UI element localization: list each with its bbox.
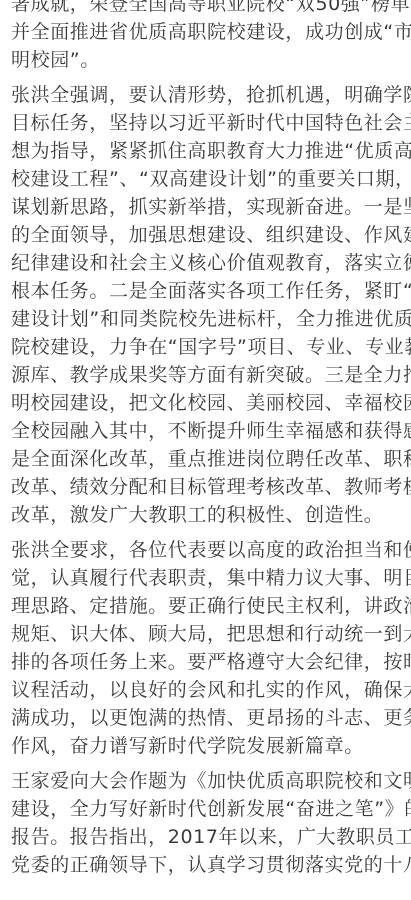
text-line: 报告。报告指出，2017年以来，广大教职员工在学院 — [11, 823, 405, 851]
paragraph-zhang-emphasis: 张洪全强调，要认清形势，抢抓机遇，明确学院发展 目标任务，坚持以习近平新时代中国… — [11, 81, 405, 529]
text-line: 觉，认真履行代表职责，集中精力议大事、明目标、 — [11, 564, 405, 592]
paragraph-wang-report: 王家爱向大会作题为《加快优质高职院校和文明校园 建设，全力写好新时代创新发展“奋… — [11, 767, 405, 879]
text-line: 明校园建设，把文化校园、美丽校园、幸福校园、安 — [11, 389, 405, 417]
text-line: 并全面推进省优质高职院校建设，成功创成“市级文 — [11, 18, 405, 46]
text-line: 张洪全强调，要认清形势，抢抓机遇，明确学院发展 — [11, 81, 405, 109]
text-line: 的全面领导，加强思想建设、组织建设、作风建设、 — [11, 221, 405, 249]
text-line: 规矩、识大体、顾大局，把思想和行动统一到大会安 — [11, 620, 405, 648]
text-line: 改革、绩效分配和目标管理考核改革、教师考核评价 — [11, 473, 405, 501]
text-line: 满成功，以更饱满的热情、更昂扬的斗志、更务实的 — [11, 704, 405, 732]
text-line: 想为指导，紧紧抓住高职教育大力推进“优质高职院 — [11, 137, 405, 165]
text-line: 源库、教学成果奖等方面有新突破。三是全力推进文 — [11, 361, 405, 389]
text-line: 谋划新思路，抓实新举措，实现新奋进。一是坚持党 — [11, 193, 405, 221]
text-line: 排的各项任务上来。要严格遵守大会纪律，按时参加 — [11, 648, 405, 676]
text-line: 根本任务。二是全面落实各项工作任务，紧盯“双高 — [11, 277, 405, 305]
text-line: 目标任务，坚持以习近平新时代中国特色社会主义思 — [11, 109, 405, 137]
paragraph-zhang-requirements: 张洪全要求，各位代表要以高度的政治担当和使命自 觉，认真履行代表职责，集中精力议… — [11, 536, 405, 760]
paragraph-achievements: 著成就，荣登全国高等职业院校“双50强”榜单，立项 并全面推进省优质高职院校建设… — [11, 0, 405, 74]
text-line: 明校园”。 — [11, 46, 405, 74]
text-line: 建设计划”和同类院校先进标杆，全力推进优质高职 — [11, 305, 405, 333]
text-line: 院校建设，力争在“国字号”项目、专业、专业教学资 — [11, 333, 405, 361]
text-line: 王家爱向大会作题为《加快优质高职院校和文明校园 — [11, 767, 405, 795]
text-line: 全校园融入其中，不断提升师生幸福感和获得感。四 — [11, 417, 405, 445]
text-line: 纪律建设和社会主义核心价值观教育，落实立德树人 — [11, 249, 405, 277]
text-line: 议程活动，以良好的会风和扎实的作风，确保大会圆 — [11, 676, 405, 704]
text-line: 建设，全力写好新时代创新发展“奋进之笔”》的工作 — [11, 795, 405, 823]
text-line: 作风，奋力谱写新时代学院发展新篇章。 — [11, 732, 405, 760]
text-line: 校建设工程”、“双高建设计划”的重要关口期，积极 — [11, 165, 405, 193]
text-line: 张洪全要求，各位代表要以高度的政治担当和使命自 — [11, 536, 405, 564]
article-body: 著成就，荣登全国高等职业院校“双50强”榜单，立项 并全面推进省优质高职院校建设… — [11, 0, 405, 886]
text-line: 理思路、定措施。要正确行使民主权利，讲政治、守 — [11, 592, 405, 620]
text-line: 著成就，荣登全国高等职业院校“双50强”榜单，立项 — [11, 0, 405, 18]
text-line: 改革，激发广大教职工的积极性、创造性。 — [11, 501, 405, 529]
text-line: 是全面深化改革，重点推进岗位聘任改革、职称评聘 — [11, 445, 405, 473]
text-line: 党委的正确领导下，认真学习贯彻落实党的十八大、 — [11, 851, 405, 879]
